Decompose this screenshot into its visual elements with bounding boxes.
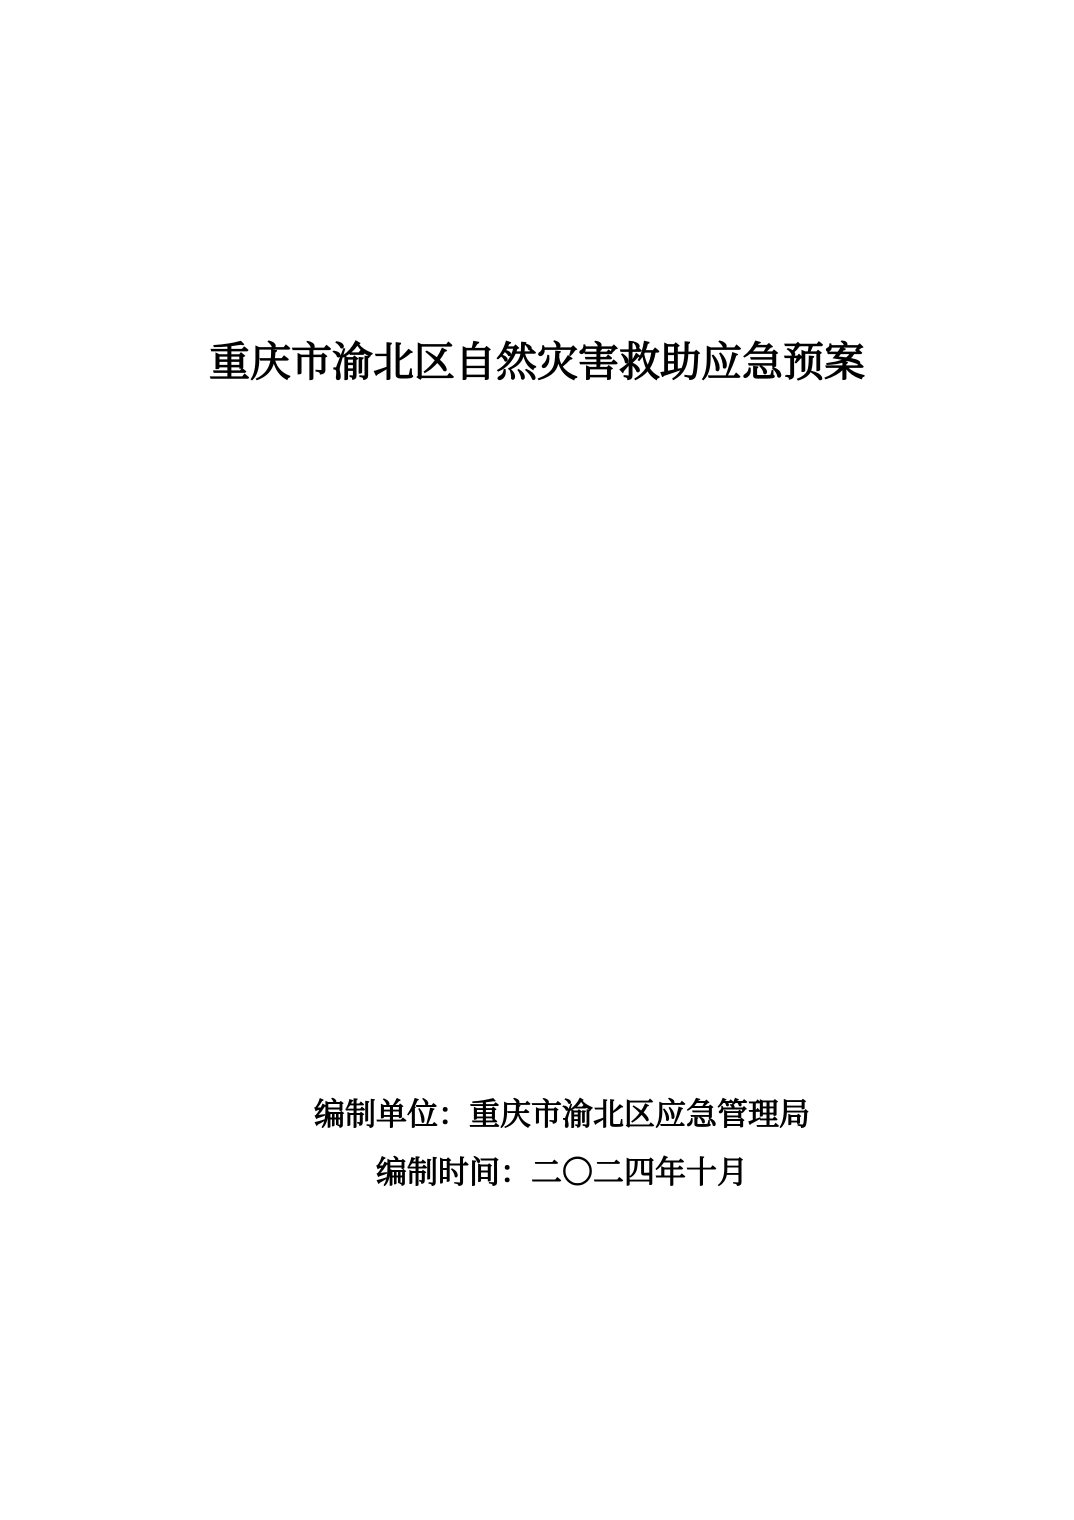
compile-date-line: 编制时间：二〇二四年十月 bbox=[25, 1155, 1074, 1191]
compiling-unit-value: 重庆市渝北区应急管理局 bbox=[469, 1097, 810, 1133]
compiling-unit-label: 编制单位： bbox=[314, 1097, 469, 1133]
document-cover-page: 重庆市渝北区自然灾害救助应急预案 编制单位：重庆市渝北区应急管理局 编制时间：二… bbox=[0, 0, 1074, 1520]
compile-date-value: 二〇二四年十月 bbox=[531, 1155, 748, 1191]
footer-block: 编制单位：重庆市渝北区应急管理局 编制时间：二〇二四年十月 bbox=[25, 1097, 1074, 1191]
compile-date-label: 编制时间： bbox=[376, 1155, 531, 1191]
document-title: 重庆市渝北区自然灾害救助应急预案 bbox=[0, 338, 1074, 387]
compiling-unit-line: 编制单位：重庆市渝北区应急管理局 bbox=[25, 1097, 1074, 1133]
